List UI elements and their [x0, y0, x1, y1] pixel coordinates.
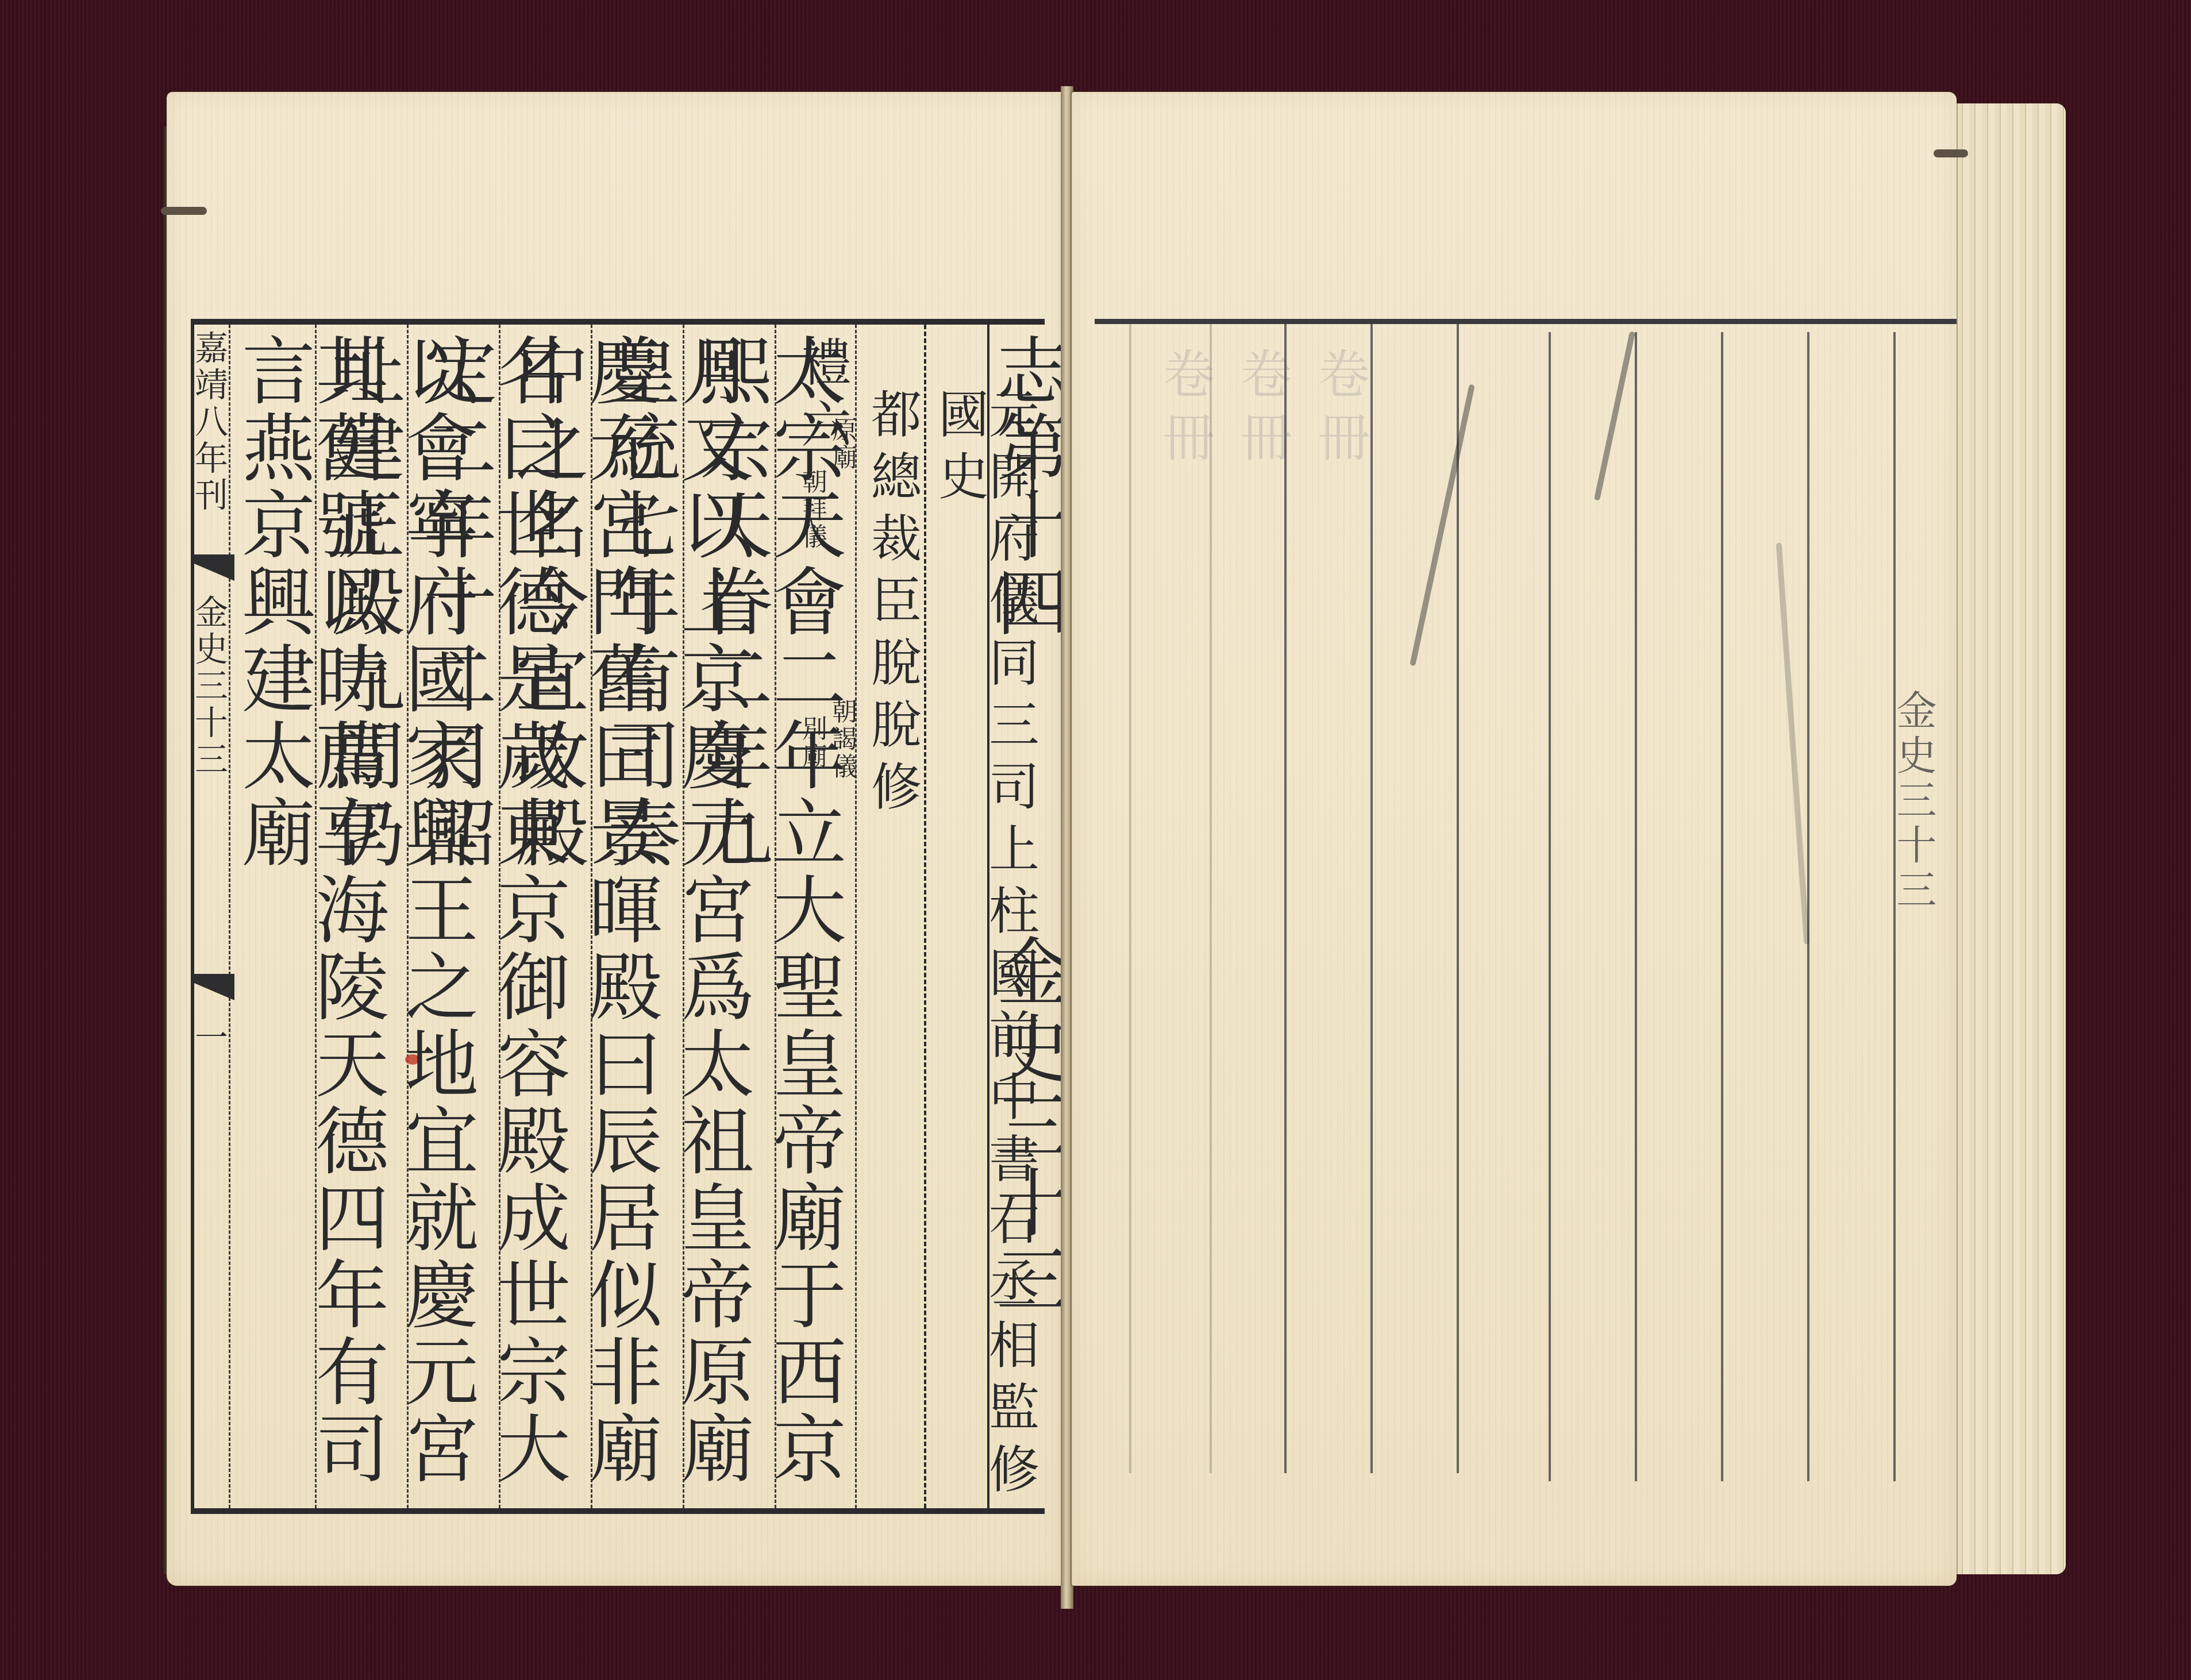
column-rule — [1210, 324, 1212, 1473]
column-rule — [1549, 332, 1551, 1481]
margin-column: 嘉靖八年刊 金史三十三 一 — [194, 325, 229, 1508]
open-book: 志第十四 金史三十三 元開府儀同三司上柱國前中書右丞相監修國史 都總裁臣脫脫修 … — [167, 86, 2074, 1637]
bleed-through-text: 卷冊 — [1224, 347, 1299, 473]
body-column-6: 其舊號以時薦享海陵天德四年有司言燕京興建太廟 — [229, 325, 317, 1508]
bleed-through-text: 卷冊 — [1146, 347, 1221, 473]
binding-thread — [161, 207, 207, 215]
compiler-line: 都總裁臣脫脫修 — [867, 388, 918, 822]
column-rule — [1457, 324, 1459, 1473]
author-line: 元開府儀同三司上柱國前中書右丞相監修國史 — [934, 388, 1035, 1508]
body-text-line: 其舊號以時薦享海陵天德四年有司言燕京興建太廟 — [235, 333, 382, 1508]
left-page: 志第十四 金史三十三 元開府儀同三司上柱國前中書右丞相監修國史 都總裁臣脫脫修 … — [167, 92, 1063, 1586]
page-number: 一 — [192, 1020, 225, 1057]
edition-label: 嘉靖八年刊 — [192, 330, 225, 514]
column-rule — [1635, 332, 1637, 1481]
ink-stain — [1594, 331, 1635, 501]
column-rule — [1284, 324, 1287, 1473]
right-page: 卷冊 卷冊 卷冊 金史三十三 — [1072, 92, 1957, 1586]
fore-edge — [1957, 103, 2066, 1574]
fore-edge-volume-label: 金史三十三 — [1893, 689, 1934, 914]
fishtail-mark-upper — [194, 554, 234, 581]
ink-stain — [1776, 543, 1810, 945]
column-rule — [1807, 332, 1809, 1481]
column-author: 元開府儀同三司上柱國前中書右丞相監修國史 — [924, 325, 989, 1508]
ink-stain — [1410, 384, 1475, 666]
bleed-through-text: 卷冊 — [1301, 347, 1376, 473]
column-rule — [1721, 332, 1723, 1481]
volume-label: 金史三十三 — [192, 595, 225, 779]
column-compiler: 都總裁臣脫脫修 — [855, 325, 926, 1508]
print-frame-left: 志第十四 金史三十三 元開府儀同三司上柱國前中書右丞相監修國史 都總裁臣脫脫修 … — [191, 319, 1045, 1514]
binding-thread — [1934, 149, 1968, 157]
fishtail-mark-lower — [194, 974, 234, 1000]
print-frame-right: 卷冊 卷冊 卷冊 — [1095, 319, 1957, 1502]
column-rule — [1129, 324, 1131, 1473]
column-rule — [1370, 324, 1373, 1473]
